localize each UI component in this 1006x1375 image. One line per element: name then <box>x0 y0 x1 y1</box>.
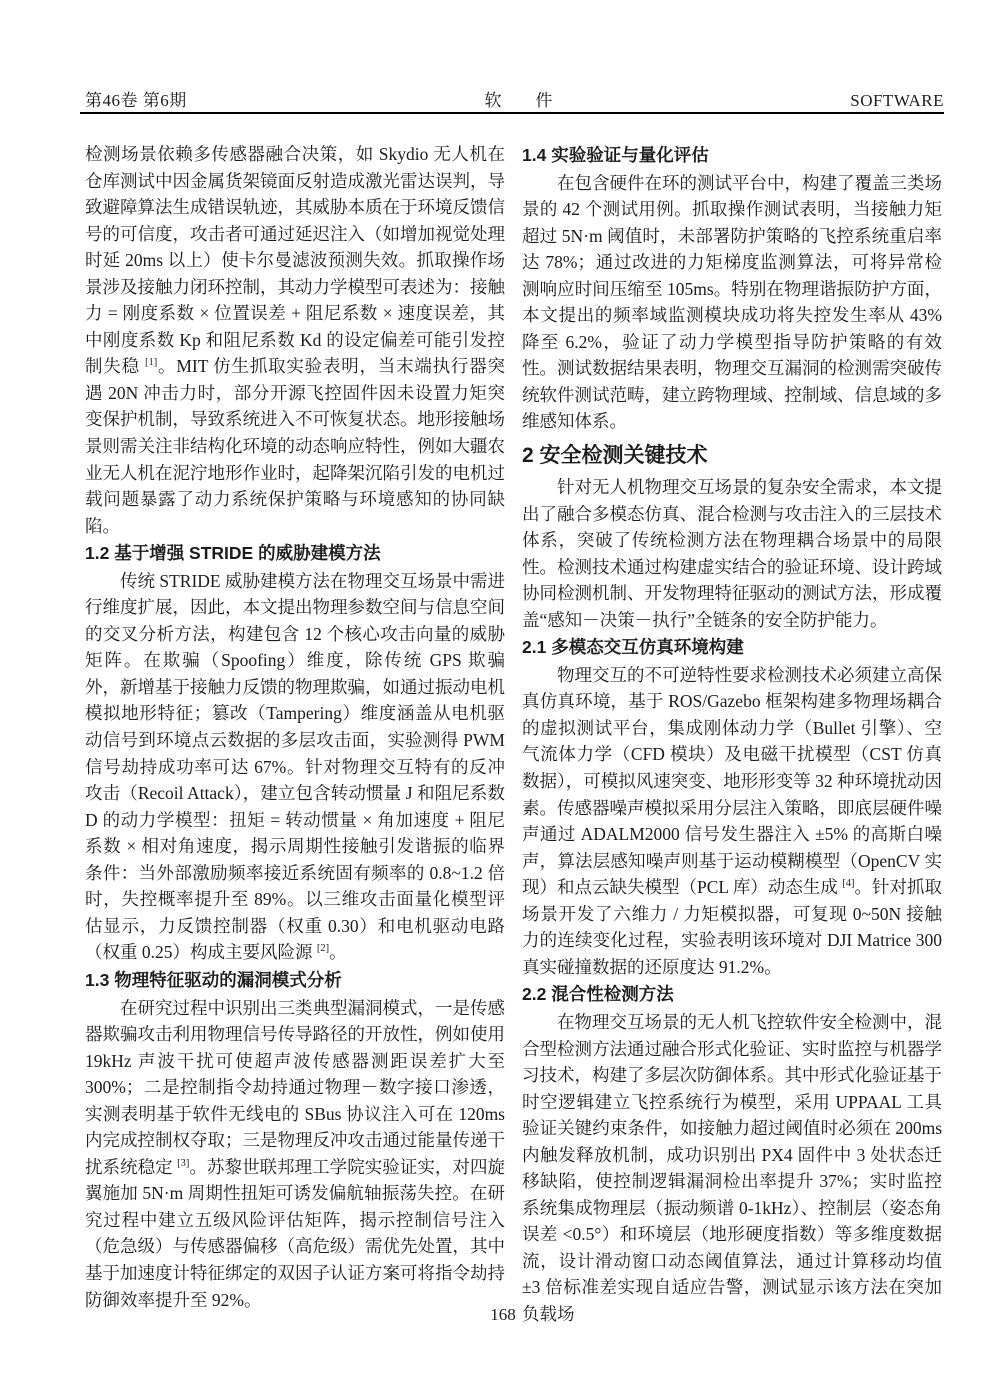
section-heading-1-2: 1.2 基于增强 STRIDE 的威胁建模方法 <box>85 540 505 567</box>
page-footer: 168 <box>0 1305 1006 1325</box>
volume-issue: 第46卷 第6期 <box>85 86 187 111</box>
section-heading-2-1: 2.1 多模态交互仿真环境构建 <box>522 634 942 661</box>
paragraph: 在包含硬件在环的测试平台中，构建了覆盖三类场景的 42 个测试用例。抓取操作测试… <box>522 170 942 435</box>
chapter-heading-2: 2 安全检测关键技术 <box>522 441 942 470</box>
paragraph: 物理交互的不可逆特性要求检测技术必须建立高保真仿真环境，基于 ROS/Gazeb… <box>522 662 942 981</box>
journal-header: 第46卷 第6期 软 件 SOFTWARE <box>85 86 944 111</box>
paragraph: 在研究过程中识别出三类典型漏洞模式，一是传感器欺骗攻击利用物理信号传导路径的开放… <box>85 995 505 1314</box>
journal-title-cn: 软 件 <box>485 86 553 111</box>
page-number: 168 <box>490 1305 516 1324</box>
header-rule <box>80 112 944 114</box>
section-heading-1-3: 1.3 物理特征驱动的漏洞模式分析 <box>85 967 505 994</box>
paper-page: 第46卷 第6期 软 件 SOFTWARE 检测场景依赖多传感器融合决策，如 S… <box>0 0 1006 1375</box>
page-body: 检测场景依赖多传感器融合决策，如 Skydio 无人机在仓库测试中因金属货架镜面… <box>85 141 942 1328</box>
left-column: 检测场景依赖多传感器融合决策，如 Skydio 无人机在仓库测试中因金属货架镜面… <box>85 141 505 1328</box>
section-heading-1-4: 1.4 实验验证与量化评估 <box>522 142 942 169</box>
paragraph: 针对无人机物理交互场景的复杂安全需求，本文提出了融合多模态仿真、混合检测与攻击注… <box>522 474 942 633</box>
paragraph: 传统 STRIDE 威胁建模方法在物理交互场景中需进行维度扩展，因此，本文提出物… <box>85 568 505 966</box>
journal-title-en: SOFTWARE <box>850 91 944 111</box>
section-heading-2-2: 2.2 混合性检测方法 <box>522 981 942 1008</box>
paragraph: 在物理交互场景的无人机飞控软件安全检测中，混合型检测方法通过融合形式化验证、实时… <box>522 1009 942 1328</box>
right-column: 1.4 实验验证与量化评估 在包含硬件在环的测试平台中，构建了覆盖三类场景的 4… <box>522 141 942 1328</box>
paragraph-continuation: 检测场景依赖多传感器融合决策，如 Skydio 无人机在仓库测试中因金属货架镜面… <box>85 141 505 539</box>
